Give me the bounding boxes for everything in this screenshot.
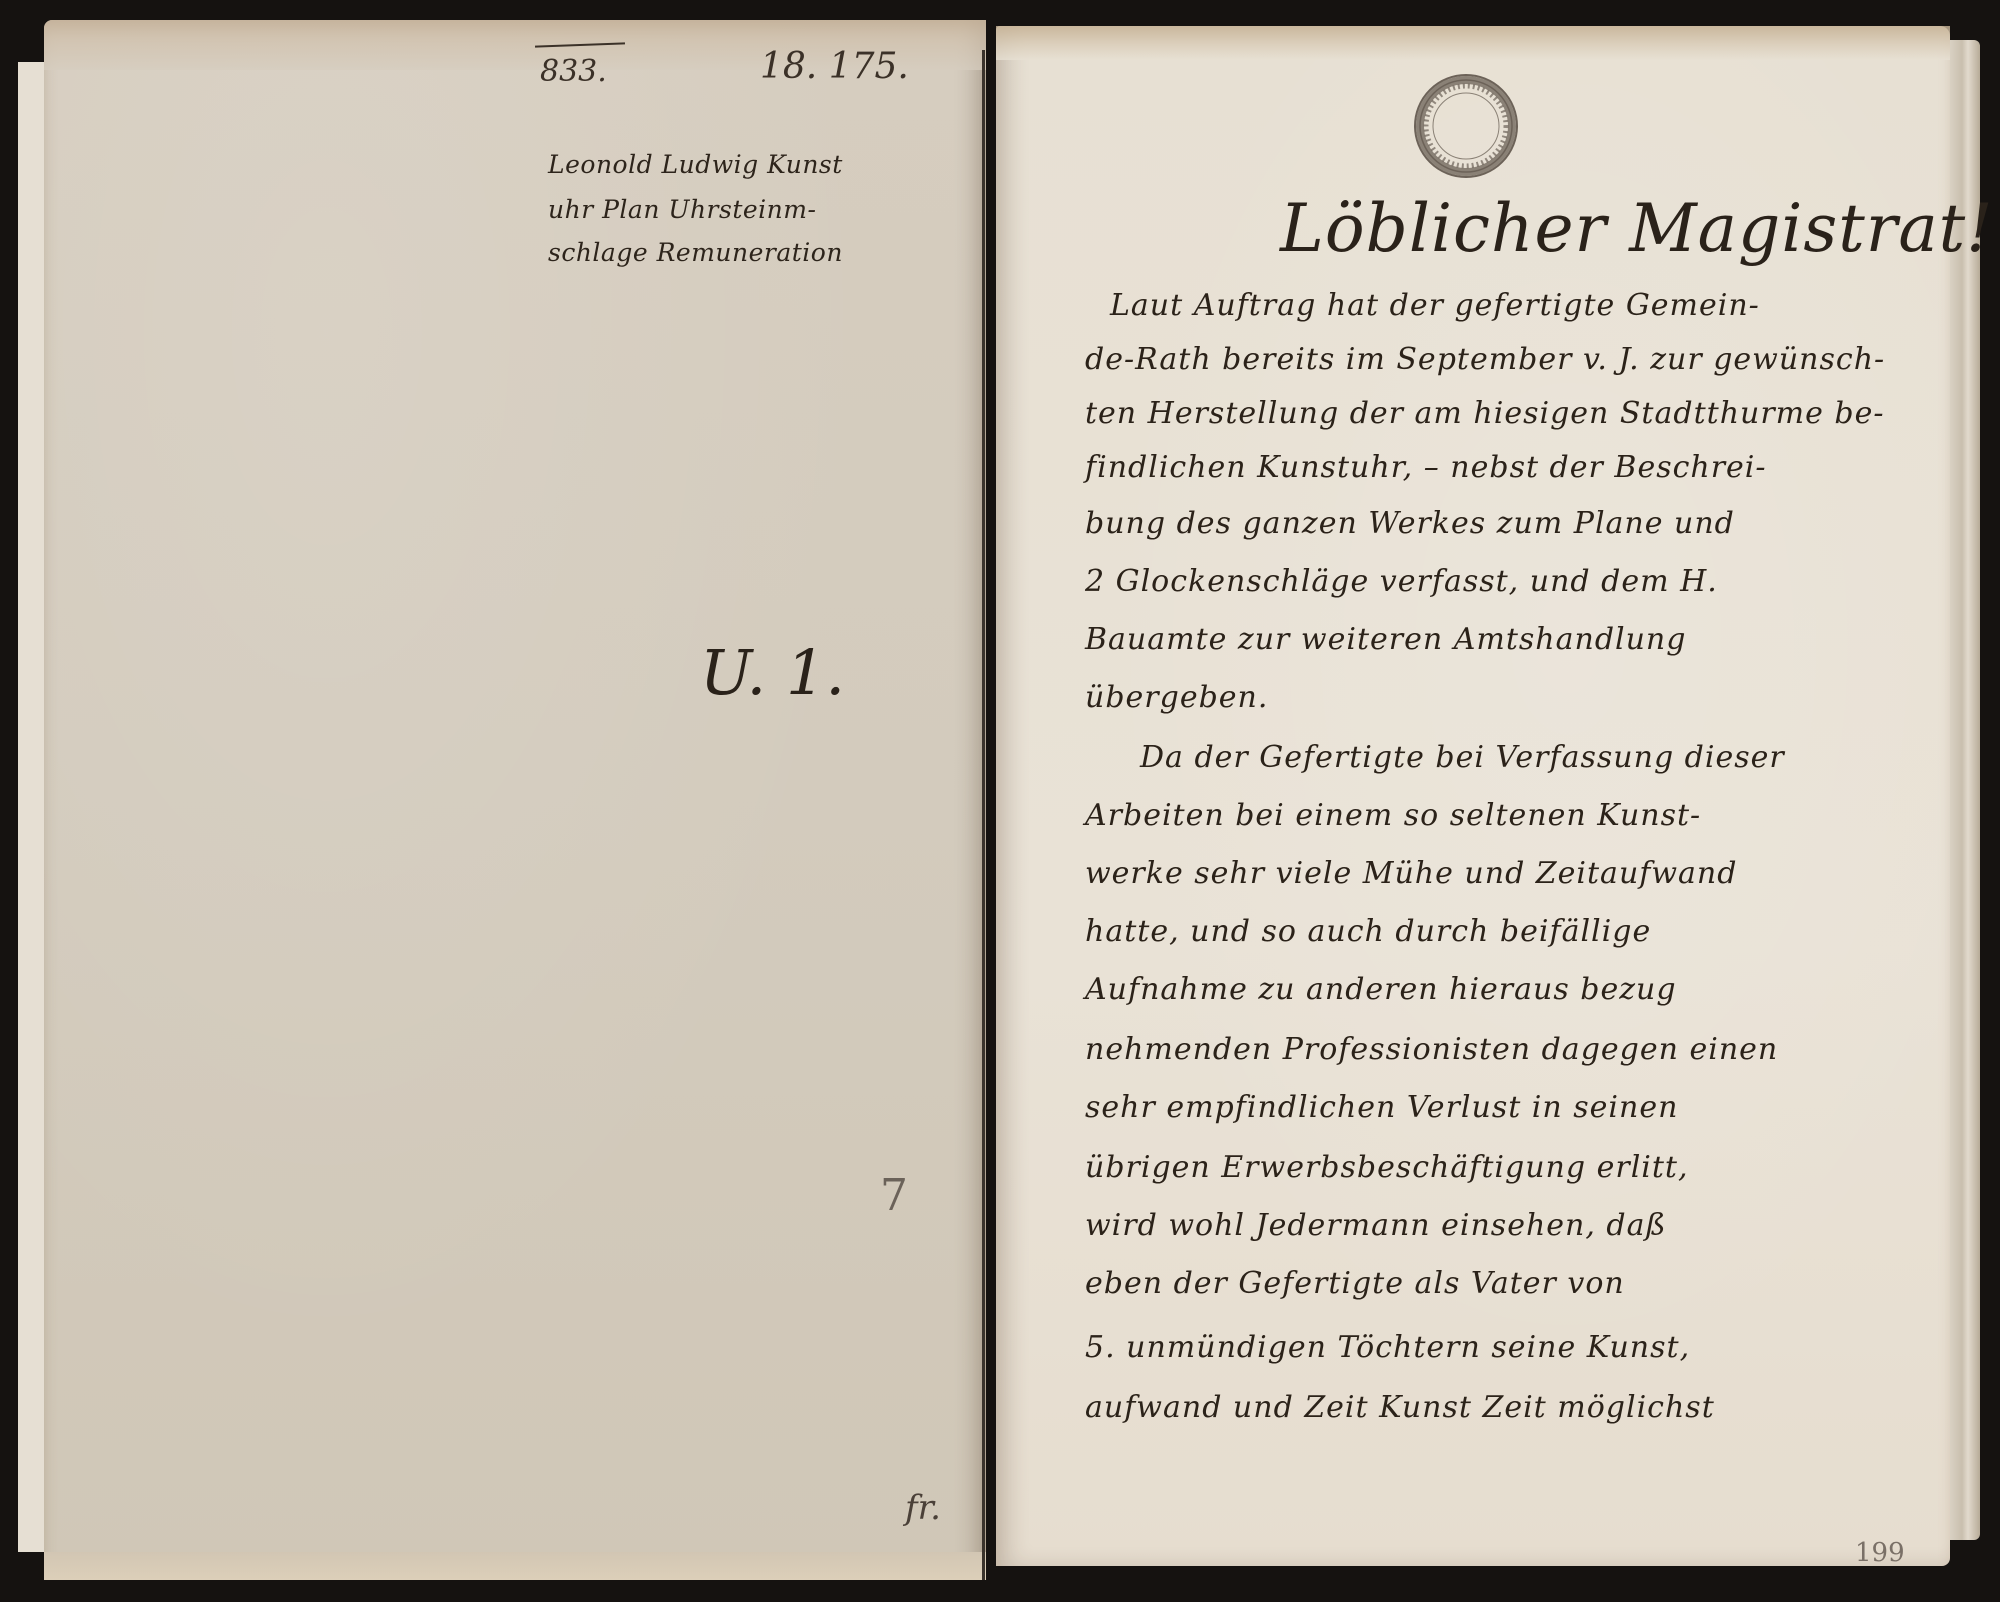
- body-line: de-Rath bereits im September v. J. zur g…: [1085, 342, 1885, 377]
- body-line: sehr empfindlichen Verlust in seinen: [1085, 1090, 1678, 1125]
- body-line: übrigen Erwerbsbeschäftigung erlitt,: [1085, 1150, 1689, 1185]
- body-line: Arbeiten bei einem so seltenen Kunst-: [1085, 798, 1701, 833]
- pencil-number: 7: [880, 1170, 908, 1221]
- body-line: Da der Gefertigte bei Verfassung dieser: [1140, 740, 1785, 775]
- folio-number: 199: [1855, 1538, 1905, 1568]
- salutation: Löblicher Magistrat!: [1280, 190, 1994, 267]
- body-line: übergeben.: [1085, 680, 1268, 715]
- subject-line: schlage Remuneration: [548, 238, 843, 267]
- body-line: aufwand und Zeit Kunst Zeit möglichst: [1085, 1390, 1715, 1425]
- body-line: wird wohl Jedermann einsehen, daß: [1085, 1208, 1667, 1243]
- body-line: findlichen Kunstuhr, – nebst der Beschre…: [1085, 450, 1767, 485]
- subject-line: uhr Plan Uhrsteinm-: [548, 195, 816, 224]
- body-line: eben der Gefertigte als Vater von: [1085, 1266, 1625, 1301]
- body-line: hatte, und so auch durch beifällige: [1085, 914, 1651, 949]
- body-line: werke sehr viele Mühe und Zeitaufwand: [1085, 856, 1737, 891]
- reference-number: 833.: [540, 54, 607, 89]
- body-line: 5. unmündigen Töchtern seine Kunst,: [1085, 1330, 1690, 1365]
- left-page-bottom-band: [44, 1552, 986, 1580]
- corner-mark: fr.: [905, 1488, 941, 1528]
- body-line: bung des ganzen Werkes zum Plane und: [1085, 506, 1735, 541]
- right-page-top-fold: [996, 26, 1950, 60]
- manuscript-spread: 833. 18. 175. Leonold Ludwig Kunst uhr P…: [0, 0, 2000, 1602]
- book-gutter: [982, 50, 985, 1580]
- file-label: U. 1.: [700, 636, 845, 709]
- body-line: 2 Glockenschläge verfasst, und dem H.: [1085, 564, 1718, 599]
- body-line: ten Herstellung der am hiesigen Stadtthu…: [1085, 396, 1885, 431]
- stamp-ring-icon: [1416, 76, 1516, 176]
- body-line: Laut Auftrag hat der gefertigte Gemein-: [1110, 288, 1760, 323]
- body-line: Bauamte zur weiteren Amtshandlung: [1085, 622, 1686, 657]
- date-reference: 18. 175.: [760, 46, 909, 87]
- subject-line: Leonold Ludwig Kunst: [548, 150, 843, 179]
- body-line: Aufnahme zu anderen hieraus bezug: [1085, 972, 1677, 1007]
- body-line: nehmenden Professionisten dagegen einen: [1085, 1032, 1778, 1067]
- left-page: [44, 20, 986, 1580]
- archive-stamp-icon: [1414, 74, 1518, 178]
